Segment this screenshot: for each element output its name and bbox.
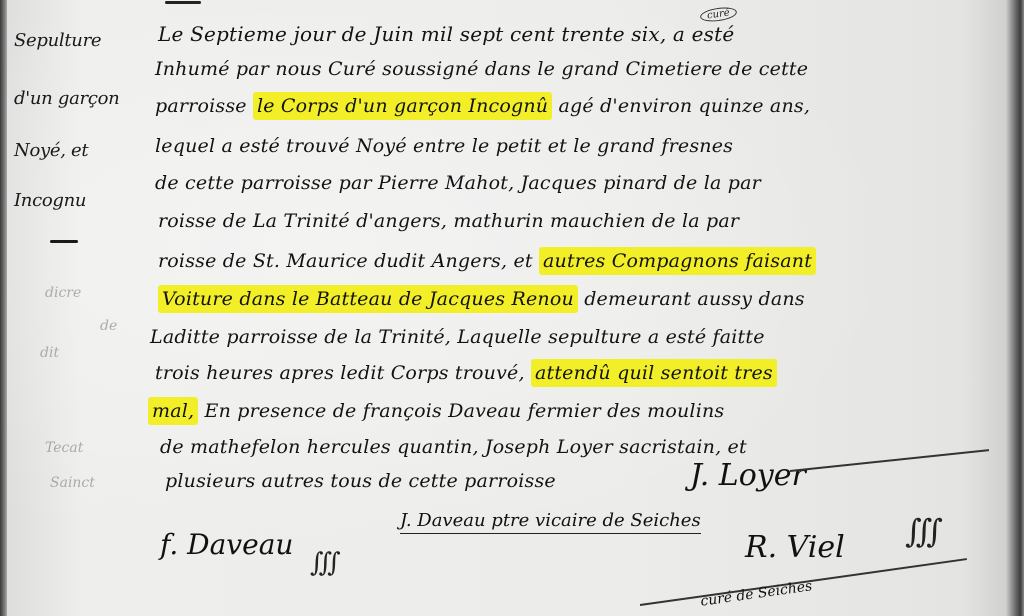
highlighted-text: Voiture dans le Batteau de Jacques Renou: [158, 285, 578, 313]
bleed-through-text: Tecat: [45, 440, 83, 456]
ink-stroke: [165, 1, 201, 4]
text-line-8: Voiture dans le Batteau de Jacques Renou…: [158, 288, 805, 310]
register-page: Sepulture d'un garçon Noyé, et Incognu d…: [0, 0, 1024, 616]
signature-f-daveau: f. Daveau: [160, 528, 293, 561]
text-line-3: parroisse le Corps d'un garçon Incognû a…: [155, 95, 810, 117]
highlighted-text: attendû quil sentoit tres: [531, 359, 777, 387]
signature-paraph: ∭: [310, 548, 341, 578]
insertion-note: curé: [699, 6, 737, 24]
margin-title-line-4: Incognu: [14, 190, 86, 211]
bleed-through-text: Sainct: [50, 475, 95, 491]
text-line-11: mal, En presence de françois Daveau ferm…: [148, 400, 724, 422]
text-line-9: Laditte parroisse de la Trinité, Laquell…: [150, 326, 765, 348]
text-line-13: plusieurs autres tous de cette parroisse: [165, 470, 556, 492]
text-line-10: trois heures apres ledit Corps trouvé, a…: [155, 362, 777, 384]
text-line-4: lequel a esté trouvé Noyé entre le petit…: [155, 135, 733, 157]
text-line-12: de mathefelon hercules quantin, Joseph L…: [160, 436, 747, 458]
signature-daveau-vicaire: J. Daveau ptre vicaire de Seiches: [400, 510, 701, 534]
margin-title-line-1: Sepulture: [14, 30, 101, 51]
bleed-through-text: dicre: [45, 285, 81, 301]
signature-flourish-line: [790, 449, 989, 471]
text-line-1: Le Septieme jour de Juin mil sept cent t…: [158, 22, 734, 46]
signature-viel: R. Viel: [745, 530, 845, 565]
highlighted-text: le Corps d'un garçon Incognû: [253, 92, 552, 120]
text-line-2: Inhumé par nous Curé soussigné dans le g…: [155, 58, 808, 80]
signature-paraph: ∭: [905, 512, 943, 550]
page-binding-edge-left: [0, 0, 7, 616]
bleed-through-text: de: [100, 318, 117, 334]
margin-dash: [50, 240, 78, 243]
text-line-7: roisse de St. Maurice dudit Angers, et a…: [158, 250, 816, 272]
margin-title-line-3: Noyé, et: [14, 140, 88, 161]
bleed-through-text: dit: [40, 345, 59, 361]
highlighted-text: autres Compagnons faisant: [539, 247, 816, 275]
text-line-5: de cette parroisse par Pierre Mahot, Jac…: [155, 172, 761, 194]
page-binding-edge-right: [1006, 0, 1024, 616]
signature-loyer: J. Loyer: [690, 458, 806, 493]
signature-cure-title: curé de Seiches: [699, 578, 813, 610]
highlighted-text: mal,: [148, 397, 198, 425]
text-line-6: roisse de La Trinité d'angers, mathurin …: [158, 210, 739, 232]
margin-title-line-2: d'un garçon: [14, 88, 119, 109]
